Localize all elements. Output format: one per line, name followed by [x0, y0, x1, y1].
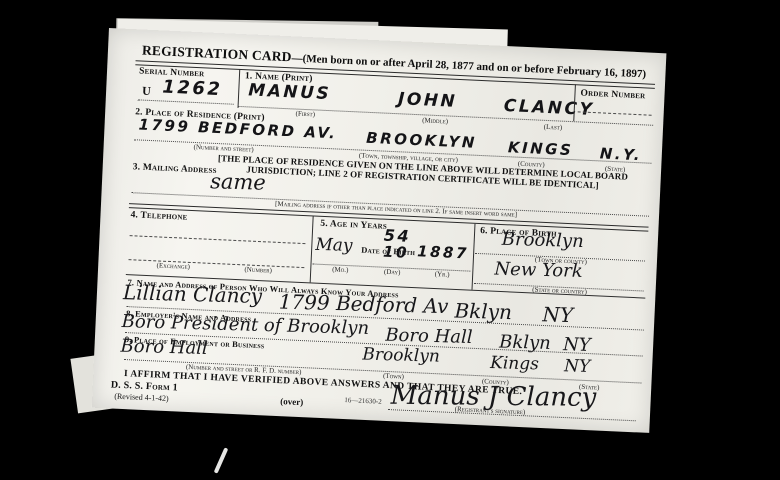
contact-street-value: 1799 Bedford Av — [279, 291, 449, 316]
employment-town-value: Brooklyn — [362, 347, 440, 366]
dob-year-caption: (Yr.) — [435, 271, 450, 279]
residence-street-value: 1799 BEDFORD AV. — [138, 117, 337, 141]
birthplace-town-value: Brooklyn — [502, 231, 584, 251]
dob-year-value: 1887 — [417, 244, 469, 261]
name-first-caption: (First) — [295, 111, 315, 119]
name-middle-caption: (Middle) — [422, 117, 448, 125]
telephone-line-1 — [130, 235, 306, 244]
employment-county-value: Kings — [490, 355, 539, 373]
dob-day-caption: (Day) — [384, 269, 401, 277]
name-first-value: MANUS — [248, 82, 332, 103]
employment-street-value: Boro Hall — [120, 338, 208, 358]
form-revision: (Revised 4-1-42) — [114, 392, 169, 403]
contact-state-value: NY — [542, 304, 573, 325]
serial-prefix: U — [142, 84, 151, 99]
over-note: (over) — [280, 396, 303, 407]
contact-name-value: Lillian Clancy — [123, 282, 263, 306]
name-last-caption: (Last) — [544, 124, 563, 132]
print-code: 16—21630-2 — [344, 396, 382, 406]
employment-state-value: NY — [564, 358, 591, 376]
employment-town-caption: (Town) — [383, 373, 404, 381]
scan-scratch-mark — [214, 447, 229, 473]
telephone-label: 4. Telephone — [130, 211, 187, 223]
registration-card: REGISTRATION CARD—(Men born on or after … — [92, 28, 667, 433]
mailing-value: same — [210, 171, 266, 194]
dob-month-caption: (Mo.) — [332, 266, 349, 274]
dob-day-value: 10 — [383, 245, 410, 261]
serial-line — [138, 99, 234, 104]
name-last-value: CLANCY — [503, 98, 594, 119]
residence-county-value: KINGS — [508, 140, 574, 158]
name-middle-value: JOHN — [398, 91, 458, 111]
scanned-card-scene: REGISTRATION CARD—(Men born on or after … — [0, 0, 780, 480]
telephone-age-divider — [310, 216, 314, 282]
telephone-number-caption: (Number) — [244, 266, 272, 274]
registrant-signature: Manus J Clancy — [391, 383, 597, 411]
dob-month-value: May — [315, 237, 353, 255]
age-label: 5. Age in Years — [320, 220, 387, 233]
telephone-line-2 — [128, 259, 304, 268]
residence-street-caption: (Number and street) — [193, 144, 253, 154]
age-birth-divider — [472, 224, 476, 290]
serial-number-value: 1262 — [162, 78, 223, 99]
birthplace-state-value: New York — [494, 261, 583, 281]
mailing-label: 3. Mailing Address — [132, 163, 216, 176]
residence-city-value: BROOKLYN — [366, 131, 477, 151]
contact-city-value: Bklyn — [454, 300, 512, 322]
telephone-exchange-caption: (Exchange) — [156, 262, 190, 271]
serial-name-divider — [238, 69, 241, 108]
